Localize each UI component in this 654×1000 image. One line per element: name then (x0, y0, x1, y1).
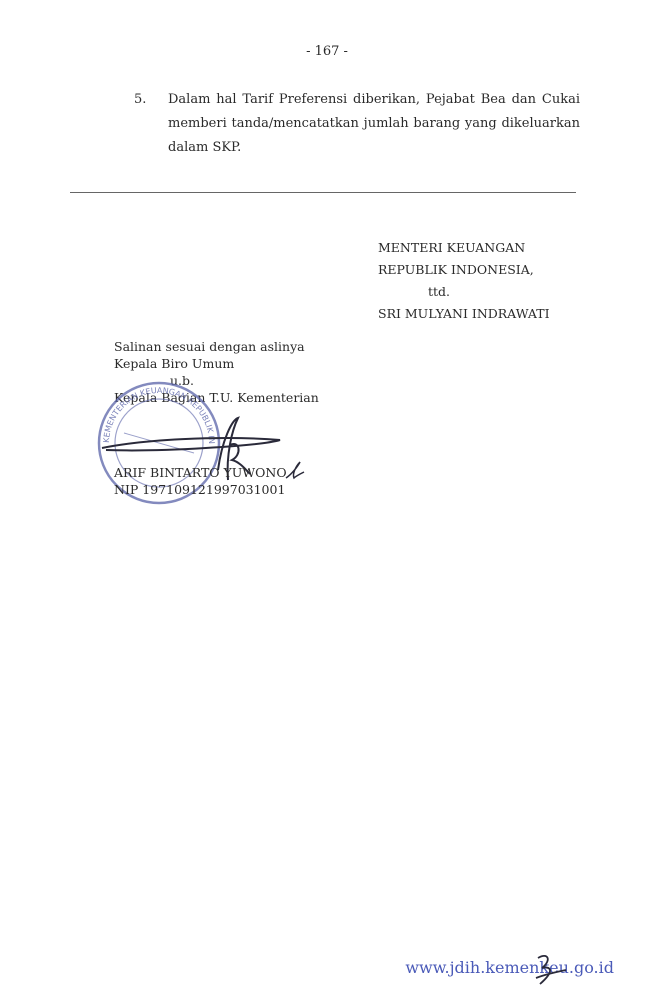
signatory-title: MENTERI KEUANGAN (378, 237, 550, 259)
certifier-name: ARIF BINTARTO YUWONO (114, 464, 287, 481)
copy-line-2: Kepala Biro Umum (114, 355, 319, 372)
list-item-5: 5. Dalam hal Tarif Preferensi diberikan,… (134, 88, 580, 160)
signatory-name: SRI MULYANI INDRAWATI (378, 303, 550, 325)
minister-signature-block: MENTERI KEUANGAN REPUBLIK INDONESIA, ttd… (378, 237, 550, 325)
signatory-country: REPUBLIK INDONESIA, (378, 259, 550, 281)
item-number: 5. (134, 88, 146, 112)
signed-mark: ttd. (378, 281, 550, 303)
jdih-website-link[interactable]: www.jdih.kemenkeu.go.id (405, 958, 614, 977)
certifier-nip: NIP 197109121997031001 (114, 481, 287, 498)
copy-line-1: Salinan sesuai dengan aslinya (114, 338, 319, 355)
page-number: - 167 - (0, 44, 654, 59)
footer-paraf-icon (528, 950, 568, 990)
divider (70, 192, 576, 193)
certifier-name-block: ARIF BINTARTO YUWONO NIP 197109121997031… (114, 464, 287, 498)
item-text: Dalam hal Tarif Preferensi diberikan, Pe… (168, 88, 580, 160)
